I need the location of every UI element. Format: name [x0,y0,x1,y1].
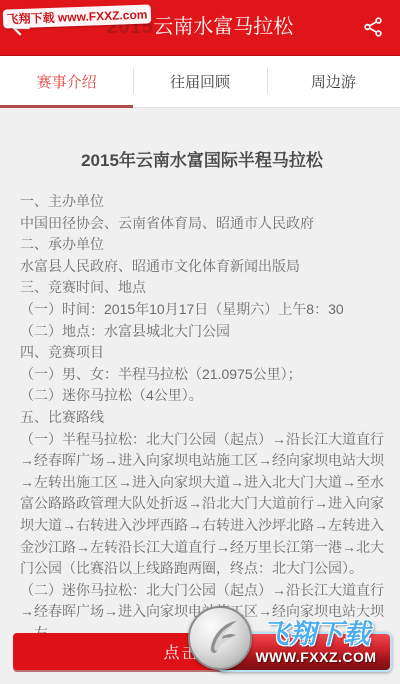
paragraph: 水富县人民政府、昭通市文化体育新闻出版局 [20,256,384,278]
watermark-site-name: 飞翔下载 [250,612,382,651]
article-content[interactable]: 2015年云南水富国际半程马拉松 一、主办单位 中国田径协会、云南省体育局、昭通… [0,108,400,684]
page-title-rest: 云南水富马拉松 [153,16,293,38]
share-button[interactable] [362,16,384,38]
paragraph: 一、主办单位 [20,191,384,213]
paragraph: 四、竞赛项目 [20,342,384,364]
paragraph: （一）男、女：半程马拉松（21.0975公里）； [20,364,384,386]
paragraph: （一）时间：2015年10月17日（星期六）上午8：30 [20,299,384,321]
paragraph: （一）半程马拉松：北大门公园（起点）→沿长江大道直行→经春晖广场→进入向家坝电站… [20,429,384,580]
watermark-site-url: WWW.FXXZ.COM [250,649,382,665]
paragraph: 中国田径协会、云南省体育局、昭通市人民政府 [20,213,384,235]
tab-event-intro[interactable]: 赛事介绍 [0,55,133,107]
share-icon [362,25,384,42]
paragraph: 二、承办单位 [20,234,384,256]
tab-bar: 赛事介绍 往届回顾 周边游 [0,55,400,108]
article-body: 一、主办单位 中国田径协会、云南省体育局、昭通市人民政府 二、承办单位 水富县人… [20,191,384,644]
tab-past-review[interactable]: 往届回顾 [133,55,266,107]
tab-nearby-tour[interactable]: 周边游 [267,55,400,107]
paragraph: 五、比赛路线 [20,407,384,429]
article-title: 2015年云南水富国际半程马拉松 [20,146,384,171]
paragraph: 三、竞赛时间、地点 [20,277,384,299]
paragraph: （二）迷你马拉松（4公里）。 [20,385,384,407]
site-watermark-bottom: 飞翔下载 WWW.FXXZ.COM [188,606,392,672]
fxxz-logo-icon [188,606,252,670]
paragraph: （二）地点：水富县城北大门公园 [20,321,384,343]
